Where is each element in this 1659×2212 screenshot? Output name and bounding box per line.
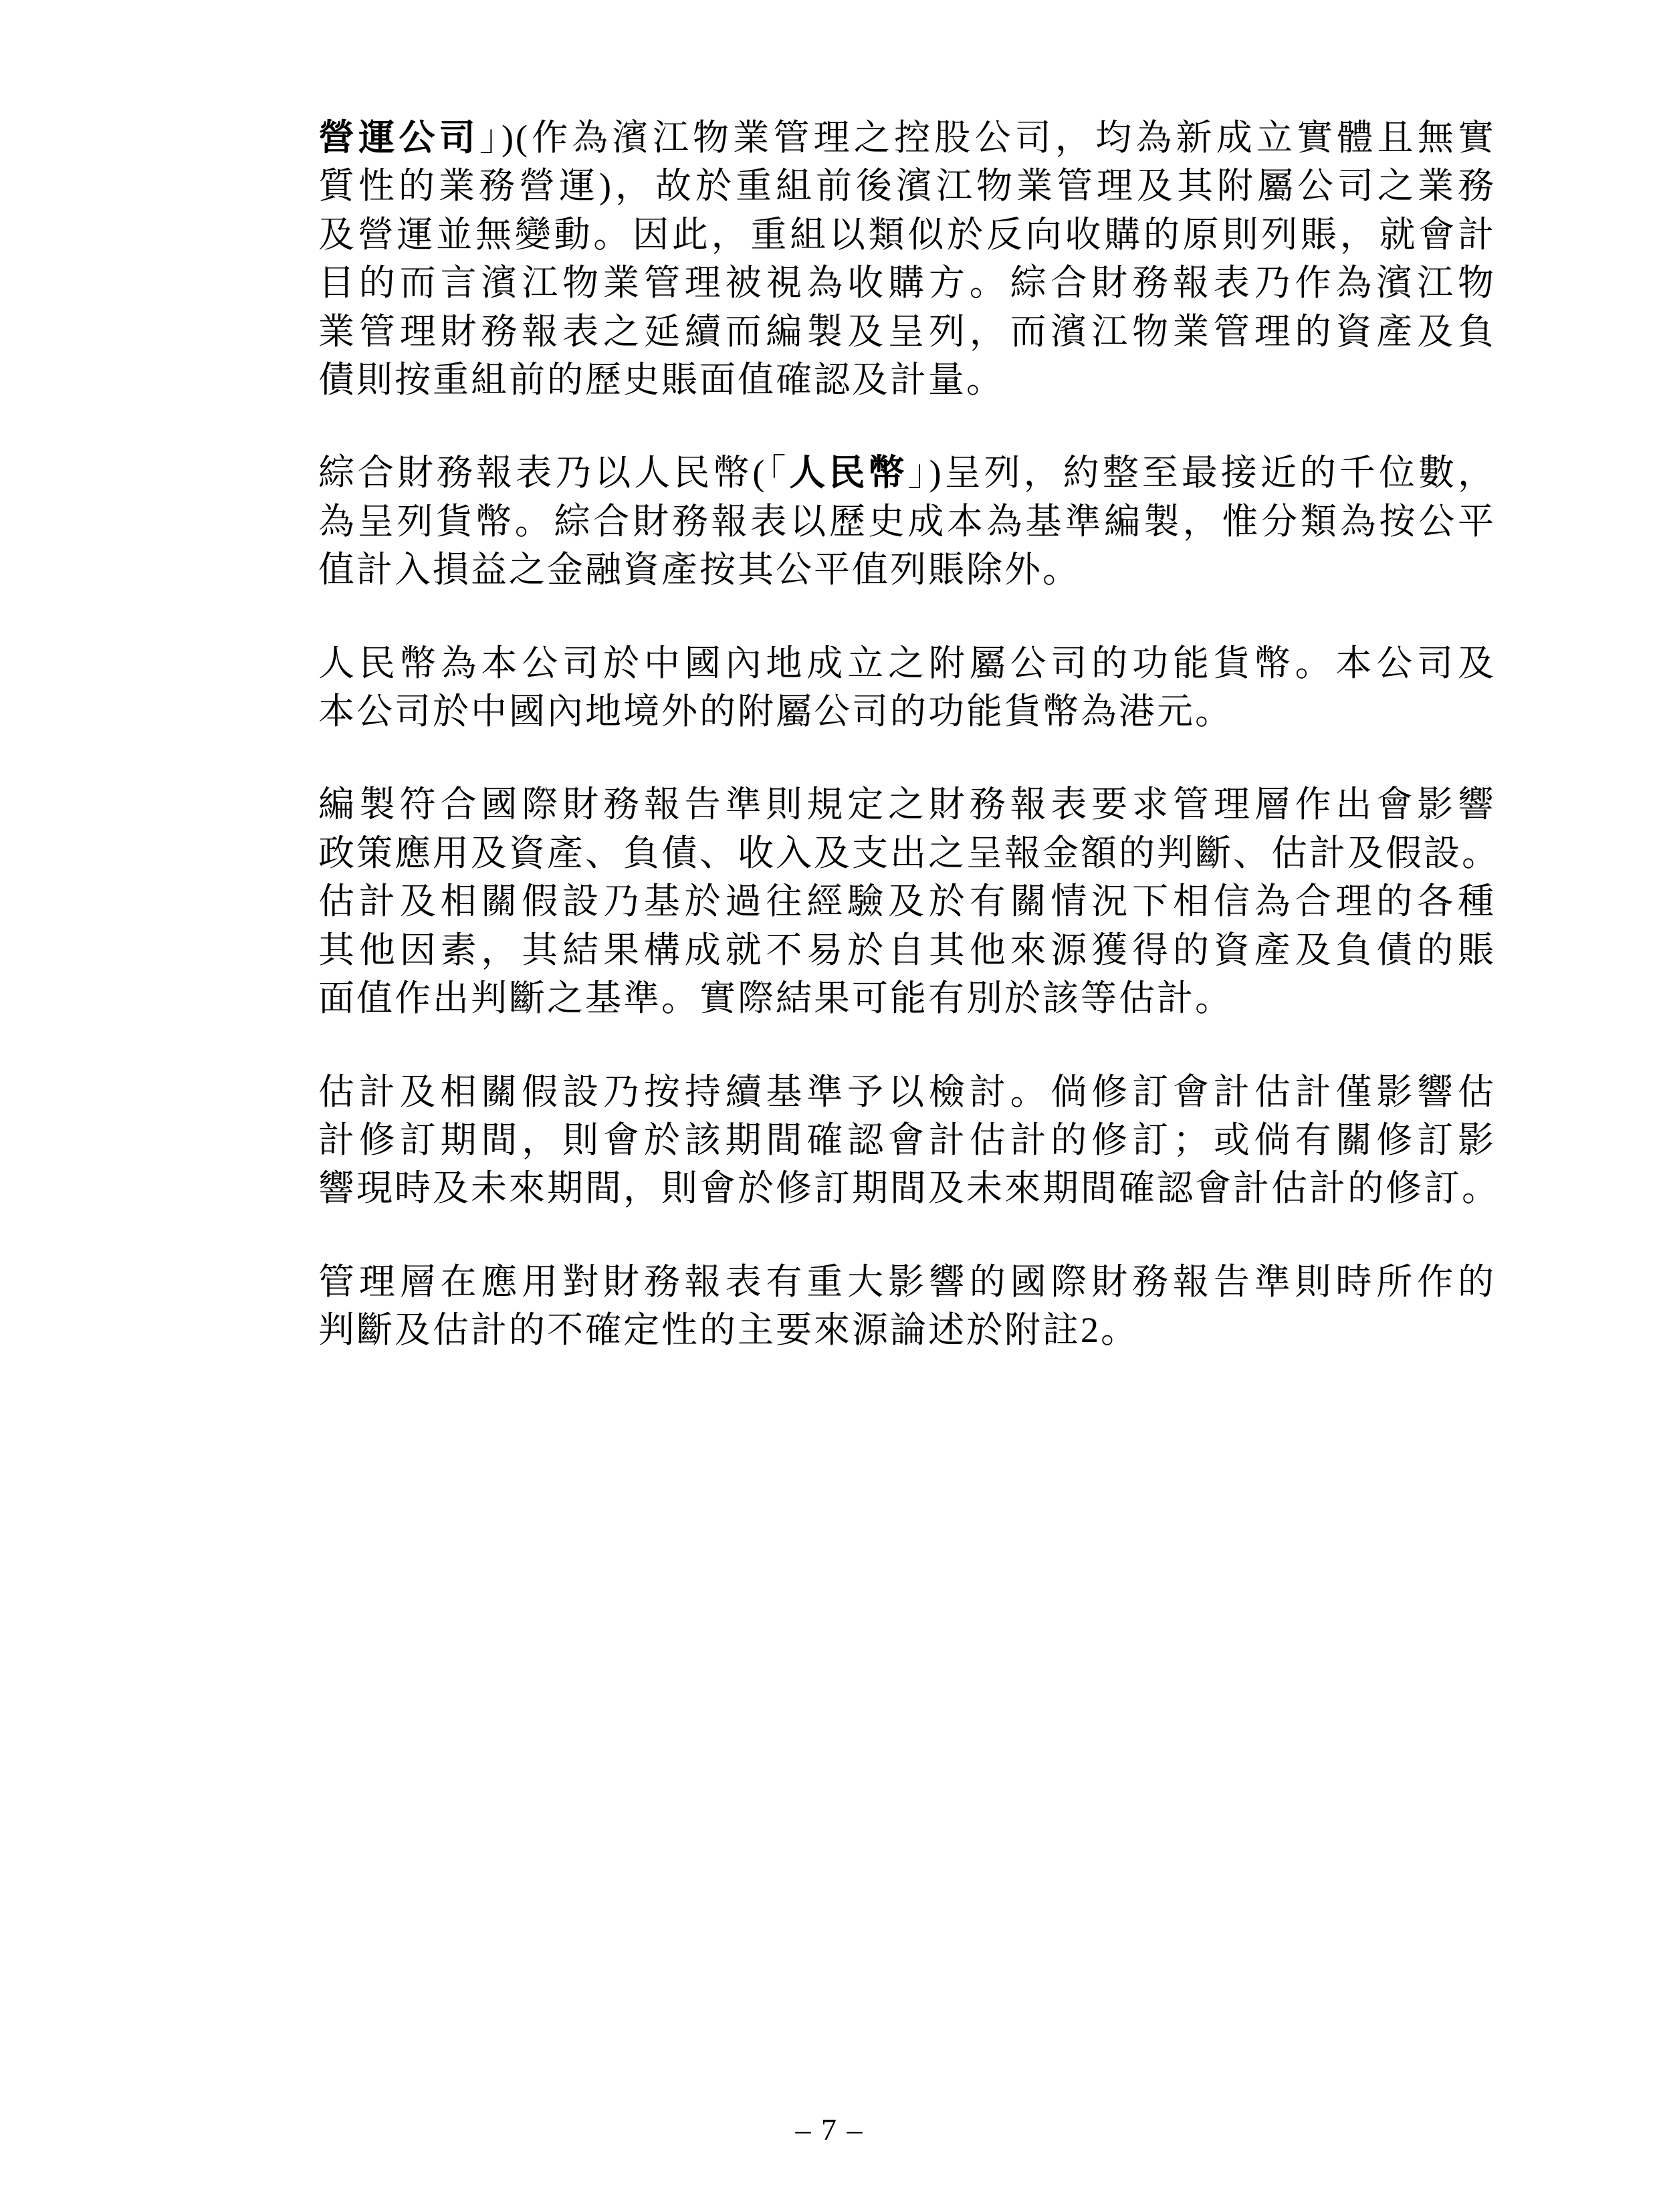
text-line: 估計及相關假設乃基於過往經驗及於有關情況下相信為合理的各種 (318, 877, 1496, 925)
text-segment: 綜合財務報表乃以人民幣(「 (318, 453, 789, 493)
text-segment: 判斷及估計的不確定性的主要來源論述於附註2。 (318, 1310, 1139, 1350)
text-segment: 管理層在應用對財務報表有重大影響的國際財務報告準則時所作的 (318, 1262, 1496, 1302)
text-line: 編製符合國際財務報告準則規定之財務報表要求管理層作出會影響 (318, 780, 1496, 828)
text-segment: 面值作出判斷之基準。實際結果可能有別於該等估計。 (318, 978, 1233, 1018)
text-line: 債則按重組前的歷史賬面值確認及計量。 (318, 356, 1496, 404)
text-segment: 目的而言濱江物業管理被視為收購方。綜合財務報表乃作為濱江物 (318, 263, 1496, 303)
bold-text-segment: 人民幣 (789, 453, 907, 493)
text-segment: 估計及相關假設乃基於過往經驗及於有關情況下相信為合理的各種 (318, 881, 1496, 921)
text-segment: 及營運並無變動。因此，重組以類似於反向收購的原則列賬，就會計 (318, 215, 1496, 255)
paragraph: 編製符合國際財務報告準則規定之財務報表要求管理層作出會影響 政策應用及資產、負債… (318, 780, 1496, 1022)
text-segment: 質性的業務營運)，故於重組前後濱江物業管理及其附屬公司之業務 (318, 166, 1496, 206)
text-line: 政策應用及資產、負債、收入及支出之呈報金額的判斷、估計及假設。 (318, 829, 1496, 877)
text-segment: 估計及相關假設乃按持續基準予以檢討。倘修訂會計估計僅影響估 (318, 1072, 1496, 1112)
text-segment: 人民幣為本公司於中國內地成立之附屬公司的功能貨幣。本公司及 (318, 643, 1496, 683)
text-line: 人民幣為本公司於中國內地成立之附屬公司的功能貨幣。本公司及 (318, 639, 1496, 687)
body-text-block: 營運公司」)(作為濱江物業管理之控股公司，均為新成立實體且無實 質性的業務營運)… (318, 114, 1496, 1400)
text-segment: 政策應用及資產、負債、收入及支出之呈報金額的判斷、估計及假設。 (318, 833, 1500, 873)
text-line: 其他因素，其結果構成就不易於自其他來源獲得的資產及負債的賬 (318, 926, 1496, 974)
text-line: 面值作出判斷之基準。實際結果可能有別於該等估計。 (318, 974, 1496, 1022)
bold-text-segment: 營運公司 (318, 118, 479, 158)
text-line: 為呈列貨幣。綜合財務報表以歷史成本為基準編製，惟分類為按公平 (318, 497, 1496, 546)
text-segment: 債則按重組前的歷史賬面值確認及計量。 (318, 360, 1004, 400)
text-line: 及營運並無變動。因此，重組以類似於反向收購的原則列賬，就會計 (318, 211, 1496, 259)
text-line: 估計及相關假設乃按持續基準予以檢討。倘修訂會計估計僅影響估 (318, 1068, 1496, 1116)
text-segment: 為呈列貨幣。綜合財務報表以歷史成本為基準編製，惟分類為按公平 (318, 502, 1496, 542)
text-line: 值計入損益之金融資產按其公平值列賬除外。 (318, 546, 1496, 594)
text-line: 響現時及未來期間，則會於修訂期間及未來期間確認會計估計的修訂。 (318, 1164, 1496, 1212)
text-segment: 響現時及未來期間，則會於修訂期間及未來期間確認會計估計的修訂。 (318, 1168, 1500, 1208)
page-number: – 7 – (0, 2111, 1659, 2148)
text-line: 業管理財務報表之延續而編製及呈列，而濱江物業管理的資產及負 (318, 308, 1496, 356)
text-line: 綜合財務報表乃以人民幣(「人民幣」)呈列，約整至最接近的千位數， (318, 449, 1496, 497)
text-line: 目的而言濱江物業管理被視為收購方。綜合財務報表乃作為濱江物 (318, 259, 1496, 307)
text-line: 本公司於中國內地境外的附屬公司的功能貨幣為港元。 (318, 687, 1496, 736)
paragraph: 綜合財務報表乃以人民幣(「人民幣」)呈列，約整至最接近的千位數， 為呈列貨幣。綜… (318, 449, 1496, 594)
text-segment: 編製符合國際財務報告準則規定之財務報表要求管理層作出會影響 (318, 784, 1496, 824)
text-segment: 計修訂期間，則會於該期間確認會計估計的修訂；或倘有關修訂影 (318, 1120, 1496, 1160)
text-line: 質性的業務營運)，故於重組前後濱江物業管理及其附屬公司之業務 (318, 162, 1496, 210)
text-line: 判斷及估計的不確定性的主要來源論述於附註2。 (318, 1306, 1496, 1354)
text-line: 計修訂期間，則會於該期間確認會計估計的修訂；或倘有關修訂影 (318, 1116, 1496, 1164)
text-line: 營運公司」)(作為濱江物業管理之控股公司，均為新成立實體且無實 (318, 114, 1496, 162)
document-page: 營運公司」)(作為濱江物業管理之控股公司，均為新成立實體且無實 質性的業務營運)… (0, 0, 1659, 2212)
text-segment: 」)(作為濱江物業管理之控股公司，均為新成立實體且無實 (479, 118, 1496, 158)
text-line: 管理層在應用對財務報表有重大影響的國際財務報告準則時所作的 (318, 1258, 1496, 1306)
paragraph: 管理層在應用對財務報表有重大影響的國際財務報告準則時所作的 判斷及估計的不確定性… (318, 1258, 1496, 1355)
text-segment: 值計入損益之金融資產按其公平值列賬除外。 (318, 550, 1081, 590)
paragraph: 營運公司」)(作為濱江物業管理之控股公司，均為新成立實體且無實 質性的業務營運)… (318, 114, 1496, 404)
text-segment: 其他因素，其結果構成就不易於自其他來源獲得的資產及負債的賬 (318, 930, 1496, 970)
text-segment: 本公司於中國內地境外的附屬公司的功能貨幣為港元。 (318, 691, 1233, 732)
paragraph: 人民幣為本公司於中國內地成立之附屬公司的功能貨幣。本公司及 本公司於中國內地境外… (318, 639, 1496, 736)
text-segment: 業管理財務報表之延續而編製及呈列，而濱江物業管理的資產及負 (318, 312, 1496, 352)
text-segment: 」)呈列，約整至最接近的千位數， (908, 453, 1496, 493)
paragraph: 估計及相關假設乃按持續基準予以檢討。倘修訂會計估計僅影響估 計修訂期間，則會於該… (318, 1068, 1496, 1213)
